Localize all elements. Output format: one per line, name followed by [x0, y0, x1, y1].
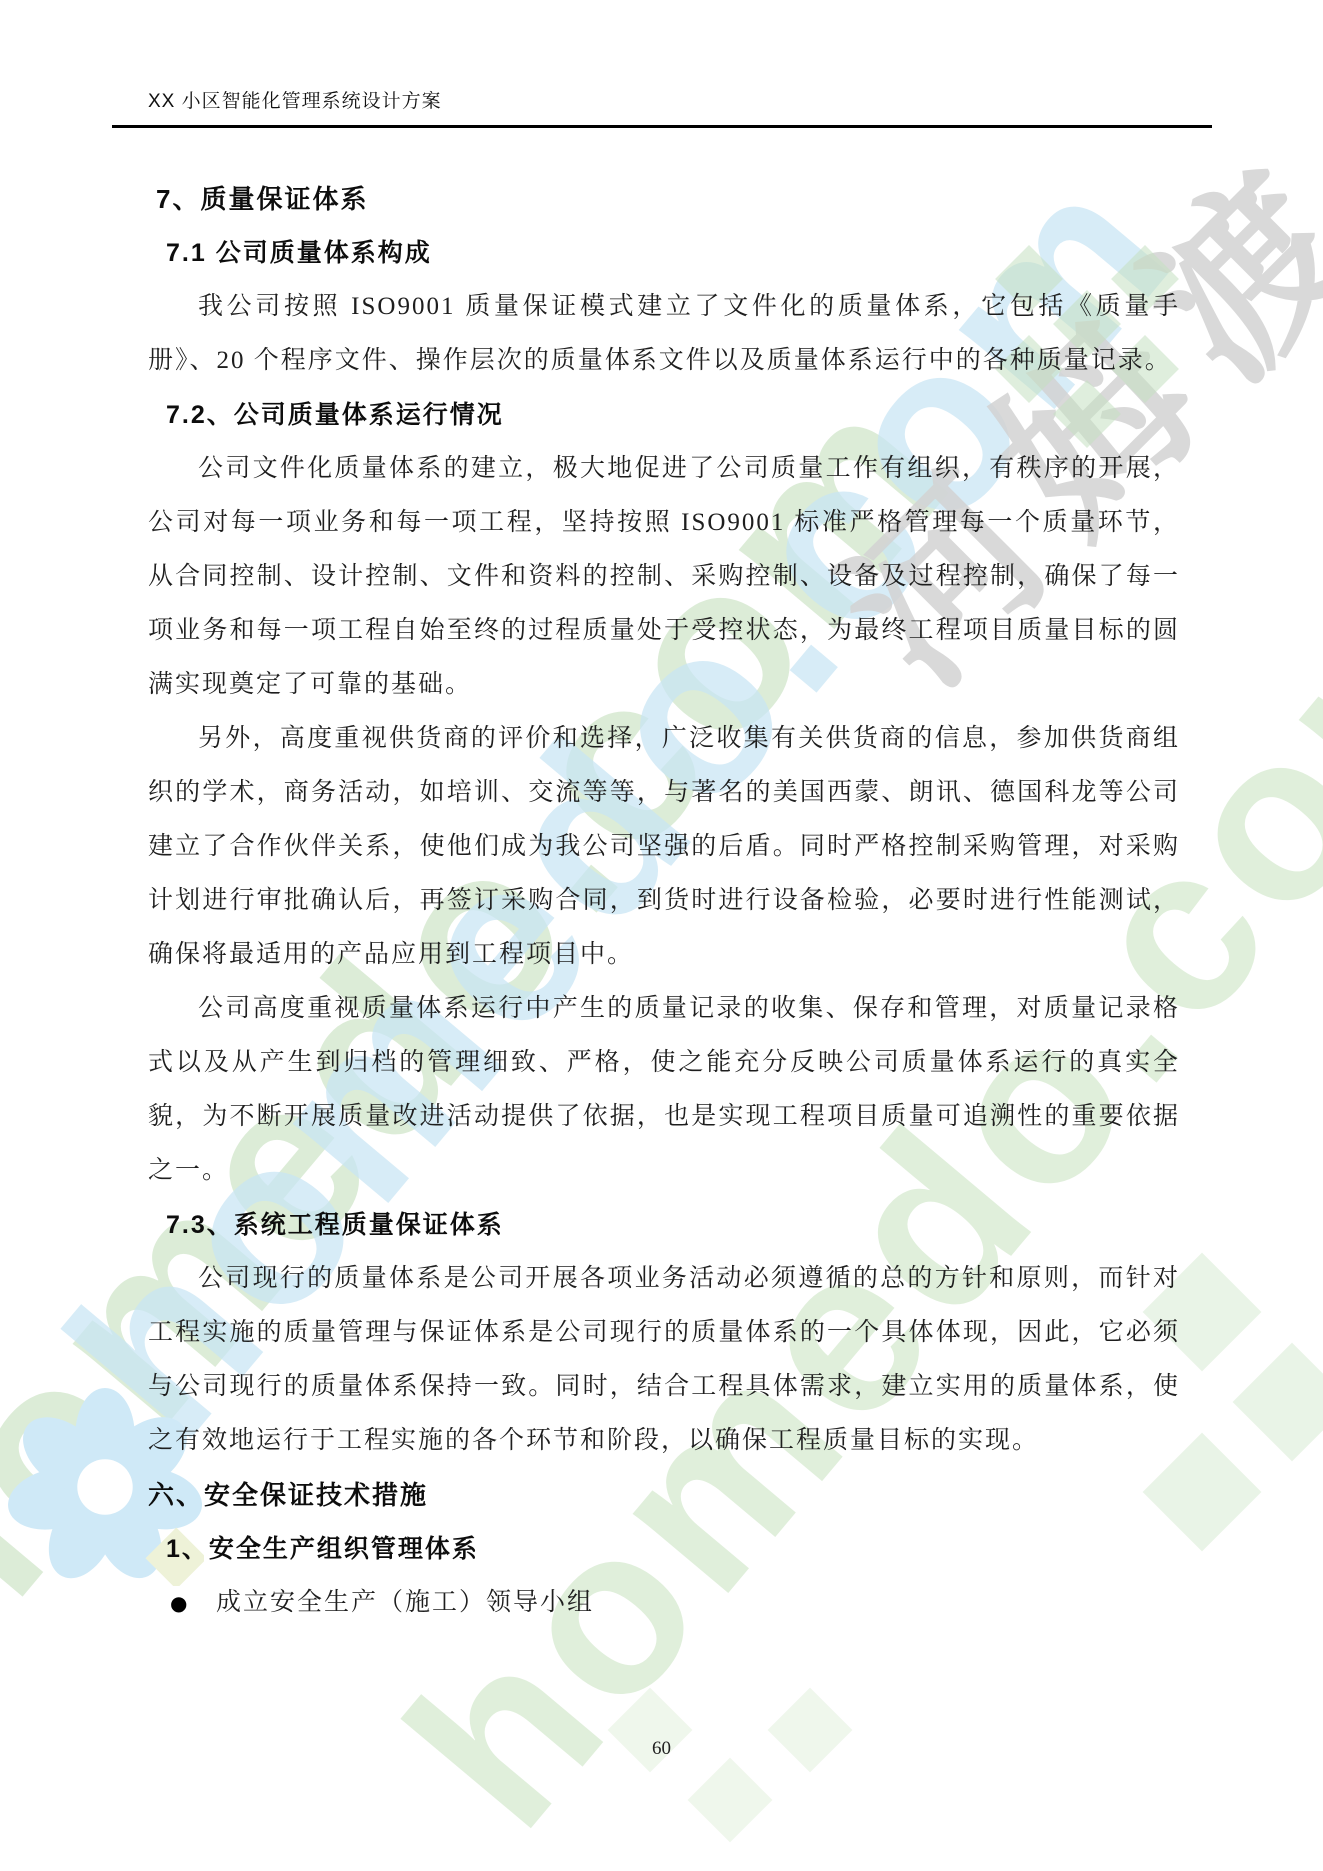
bullet-icon: ● [170, 1576, 216, 1630]
bullet-text: 成立安全生产（施工）领导小组 [216, 1576, 594, 1630]
document-page: homedo.com homedo.com homedo.com 河姆渡 [0, 0, 1323, 1871]
header-rule [112, 125, 1212, 128]
watermark-diamond [1233, 1343, 1323, 1462]
section-heading-7-3: 7.3、系统工程质量保证体系 [148, 1198, 1180, 1252]
document-body: 7、质量保证体系 7.1 公司质量体系构成 我公司按照 ISO9001 质量保证… [148, 172, 1180, 1630]
page-header-title: XX 小区智能化管理系统设计方案 [148, 86, 442, 113]
section-heading-quality: 7、质量保证体系 [148, 172, 1180, 226]
section-heading-7-1: 7.1 公司质量体系构成 [148, 226, 1180, 280]
paragraph-7-2-a: 公司文件化质量体系的建立，极大地促进了公司质量工作有组织，有秩序的开展，公司对每… [148, 442, 1180, 712]
bullet-item: ● 成立安全生产（施工）领导小组 [148, 1576, 1180, 1630]
paragraph-7-1: 我公司按照 ISO9001 质量保证模式建立了文件化的质量体系，它包括《质量手册… [148, 280, 1180, 388]
section-heading-safety-1: 1、安全生产组织管理体系 [148, 1522, 1180, 1576]
paragraph-7-2-c: 公司高度重视质量体系运行中产生的质量记录的收集、保存和管理，对质量记录格式以及从… [148, 982, 1180, 1198]
watermark-diamond [688, 1758, 773, 1843]
paragraph-7-3: 公司现行的质量体系是公司开展各项业务活动必须遵循的总的方针和原则，而针对工程实施… [148, 1252, 1180, 1468]
section-heading-7-2: 7.2、公司质量体系运行情况 [148, 388, 1180, 442]
paragraph-7-2-b: 另外，高度重视供货商的评价和选择，广泛收集有关供货商的信息，参加供货商组织的学术… [148, 712, 1180, 982]
page-number: 60 [0, 1738, 1323, 1760]
section-heading-safety: 六、安全保证技术措施 [148, 1468, 1180, 1522]
